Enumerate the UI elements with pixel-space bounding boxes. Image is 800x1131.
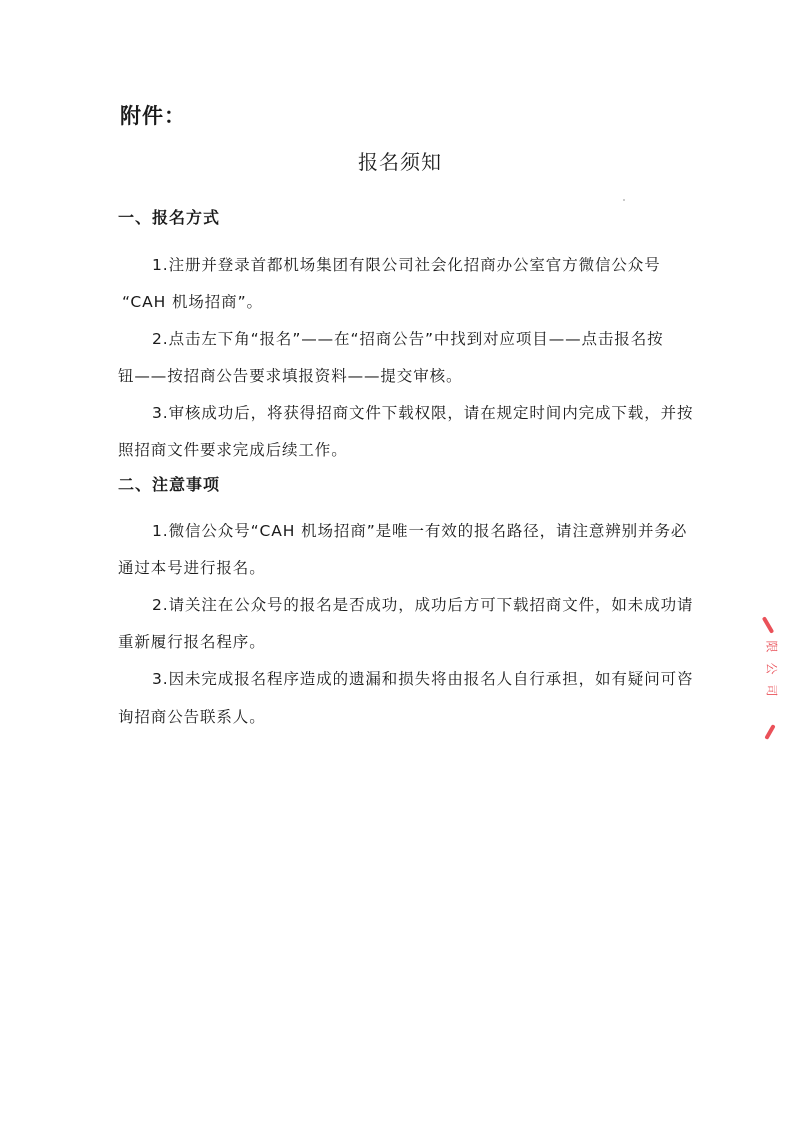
document-title: 报名须知 <box>0 146 800 175</box>
paragraph-line: 2.点击左下角“报名”——在“招商公告”中找到对应项目——点击报名按 <box>152 327 664 349</box>
seal-char: 司 <box>764 684 781 696</box>
paragraph-line: 重新履行报名程序。 <box>118 630 266 652</box>
document-page: 附件： 报名须知 一、报名方式 1.注册并登录首都机场集团有限公司社会化招商办公… <box>0 0 800 1131</box>
paragraph-line: 1.注册并登录首都机场集团有限公司社会化招商办公室官方微信公众号 <box>152 253 661 275</box>
seal-char: 公 <box>764 662 781 674</box>
paragraph-line: 2.请关注在公众号的报名是否成功，成功后方可下载招商文件，如未成功请 <box>152 593 693 615</box>
official-seal-fragment: 限 公 司 <box>760 612 796 752</box>
seal-arc-stroke <box>764 724 775 740</box>
seal-char: 限 <box>764 640 781 652</box>
paragraph-line: 3.因未完成报名程序造成的遗漏和损失将由报名人自行承担，如有疑问可咨 <box>152 667 693 689</box>
paragraph-line: “CAH 机场招商”。 <box>122 290 263 312</box>
attachment-label: 附件： <box>120 100 186 130</box>
section-heading-notes: 二、注意事项 <box>118 472 220 495</box>
paragraph-line: 3.审核成功后，将获得招商文件下载权限，请在规定时间内完成下载，并按 <box>152 401 693 423</box>
scan-speck <box>623 199 625 201</box>
paragraph-line: 1.微信公众号“CAH 机场招商”是唯一有效的报名路径，请注意辨别并务必 <box>152 519 687 541</box>
paragraph-line: 钮——按招商公告要求填报资料——提交审核。 <box>118 364 462 386</box>
paragraph-line: 照招商文件要求完成后续工作。 <box>118 438 348 460</box>
section-heading-registration-method: 一、报名方式 <box>118 205 220 228</box>
seal-arc-stroke <box>762 616 774 634</box>
paragraph-line: 询招商公告联系人。 <box>118 705 266 727</box>
paragraph-line: 通过本号进行报名。 <box>118 556 266 578</box>
